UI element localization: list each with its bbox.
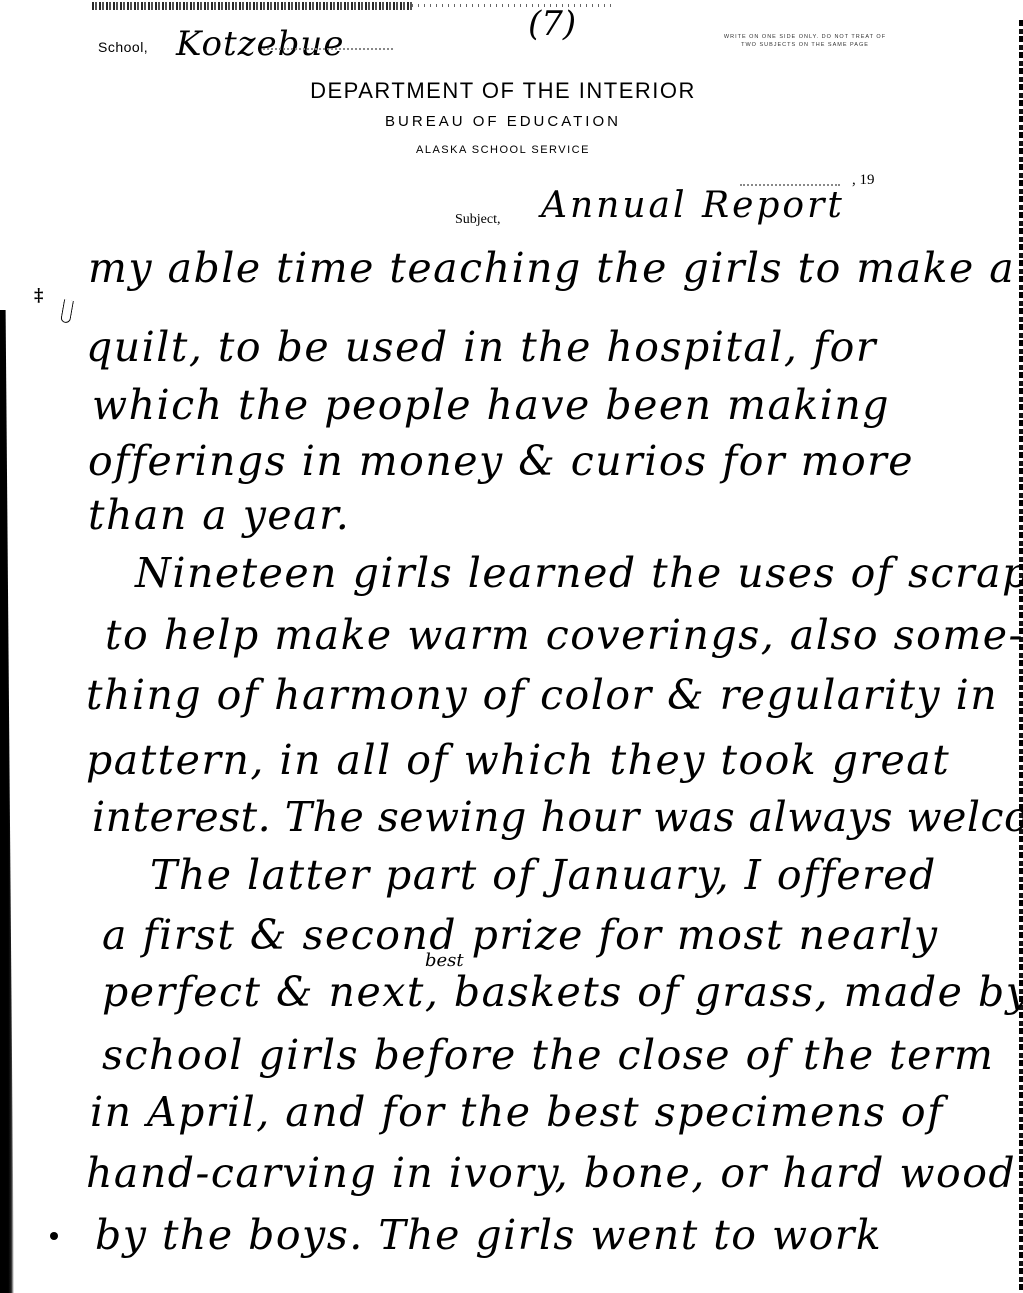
scan-top-noise bbox=[92, 2, 412, 10]
body-line: pattern, in all of which they took great bbox=[86, 740, 950, 781]
subject-field: Subject, Annual Report bbox=[455, 185, 935, 235]
scan-left-edge bbox=[0, 310, 14, 1293]
body-line: interest. The sewing hour was always wel… bbox=[92, 797, 1023, 838]
notice-line-1: WRITE ON ONE SIDE ONLY. DO NOT TREAT OF bbox=[700, 33, 910, 41]
department-heading: DEPARTMENT OF THE INTERIOR bbox=[0, 78, 1006, 104]
school-dotted-line bbox=[263, 48, 393, 50]
margin-mark-icon: ‡ bbox=[34, 285, 43, 306]
margin-loop-mark bbox=[60, 299, 74, 323]
scan-top-noise-faint bbox=[412, 4, 612, 7]
body-line: offerings in money & curios for more bbox=[88, 441, 914, 482]
body-line: The latter part of January, I offered bbox=[150, 855, 937, 896]
body-line: to help make warm coverings, also some- bbox=[105, 615, 1023, 656]
body-line: Nineteen girls learned the uses of scrap… bbox=[135, 553, 1023, 594]
bureau-heading: BUREAU OF EDUCATION bbox=[0, 113, 1006, 130]
body-line: school girls before the close of the ter… bbox=[102, 1035, 994, 1076]
body-line: which the people have been making bbox=[92, 385, 890, 426]
notice-line-2: TWO SUBJECTS ON THE SAME PAGE bbox=[700, 41, 910, 49]
school-field: School, Kotzebue bbox=[98, 30, 378, 70]
page-number: (7) bbox=[528, 4, 576, 44]
body-line: in April, and for the best specimens of bbox=[90, 1092, 944, 1133]
subject-value: Annual Report bbox=[541, 185, 845, 226]
instructions-notice: WRITE ON ONE SIDE ONLY. DO NOT TREAT OF … bbox=[700, 33, 910, 49]
body-line: quilt, to be used in the hospital, for bbox=[86, 327, 877, 368]
body-line: thing of harmony of color & regularity i… bbox=[86, 675, 998, 716]
school-value: Kotzebue bbox=[176, 24, 344, 64]
subject-label: Subject, bbox=[455, 212, 501, 228]
school-label: School, bbox=[98, 39, 148, 55]
body-line: hand-carving in ivory, bone, or hard woo… bbox=[86, 1153, 1016, 1194]
body-line: by the boys. The girls went to work bbox=[95, 1215, 882, 1256]
body-line: my able time teaching the girls to make … bbox=[88, 248, 1015, 289]
body-line: than a year. bbox=[88, 495, 350, 536]
ink-blot bbox=[50, 1232, 58, 1240]
scanned-letter-page: School, Kotzebue (7) WRITE ON ONE SIDE O… bbox=[0, 0, 1023, 1293]
body-line: a first & second prize for most nearly bbox=[102, 915, 939, 956]
service-heading: ALASKA SCHOOL SERVICE bbox=[0, 144, 1006, 156]
body-line: perfect & next, baskets of grass, made b… bbox=[102, 972, 1023, 1013]
